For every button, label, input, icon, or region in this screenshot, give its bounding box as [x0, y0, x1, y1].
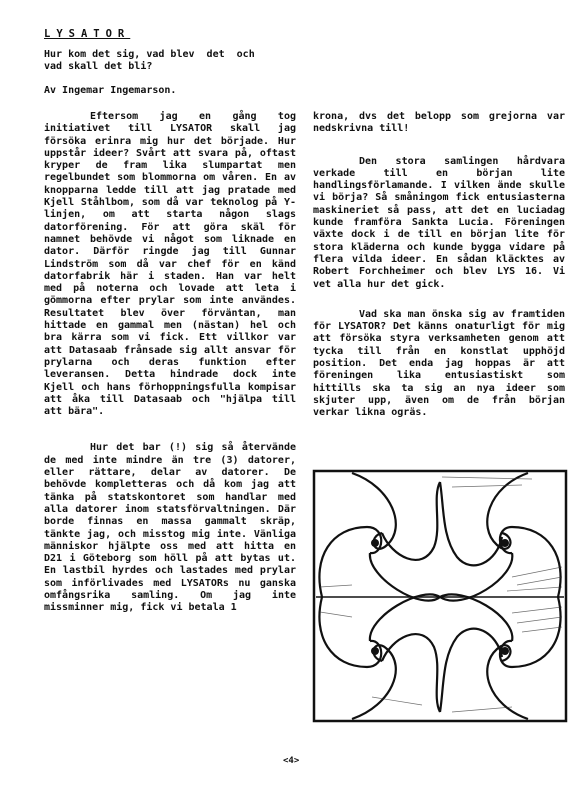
left-column: Eftersom jag en gång tog initiativet til…: [44, 111, 296, 615]
document-page: LYSATOR Hur kom det sig, vad blev det oc…: [0, 0, 583, 797]
paragraph: Hur det bar (!) sig så återvände de med …: [44, 442, 296, 614]
paragraph: krona, dvs det belopp som grejorna var n…: [313, 111, 565, 136]
right-column: krona, dvs det belopp som grejorna var n…: [313, 111, 565, 420]
fractal-illustration: [312, 467, 568, 723]
article-subtitle: Hur kom det sig, vad blev det och vad sk…: [44, 49, 304, 72]
paragraph: Eftersom jag en gång tog initiativet til…: [44, 111, 296, 418]
paragraph: Vad ska man önska sig av framtiden för L…: [313, 309, 565, 420]
paragraph: Den stora samlingen hårdvara verkade til…: [313, 156, 565, 291]
spiral-pattern-icon: [312, 467, 568, 723]
article-byline: Av Ingemar Ingemarson.: [44, 85, 176, 96]
page-number: <4>: [283, 756, 299, 766]
article-title: LYSATOR: [44, 28, 130, 40]
